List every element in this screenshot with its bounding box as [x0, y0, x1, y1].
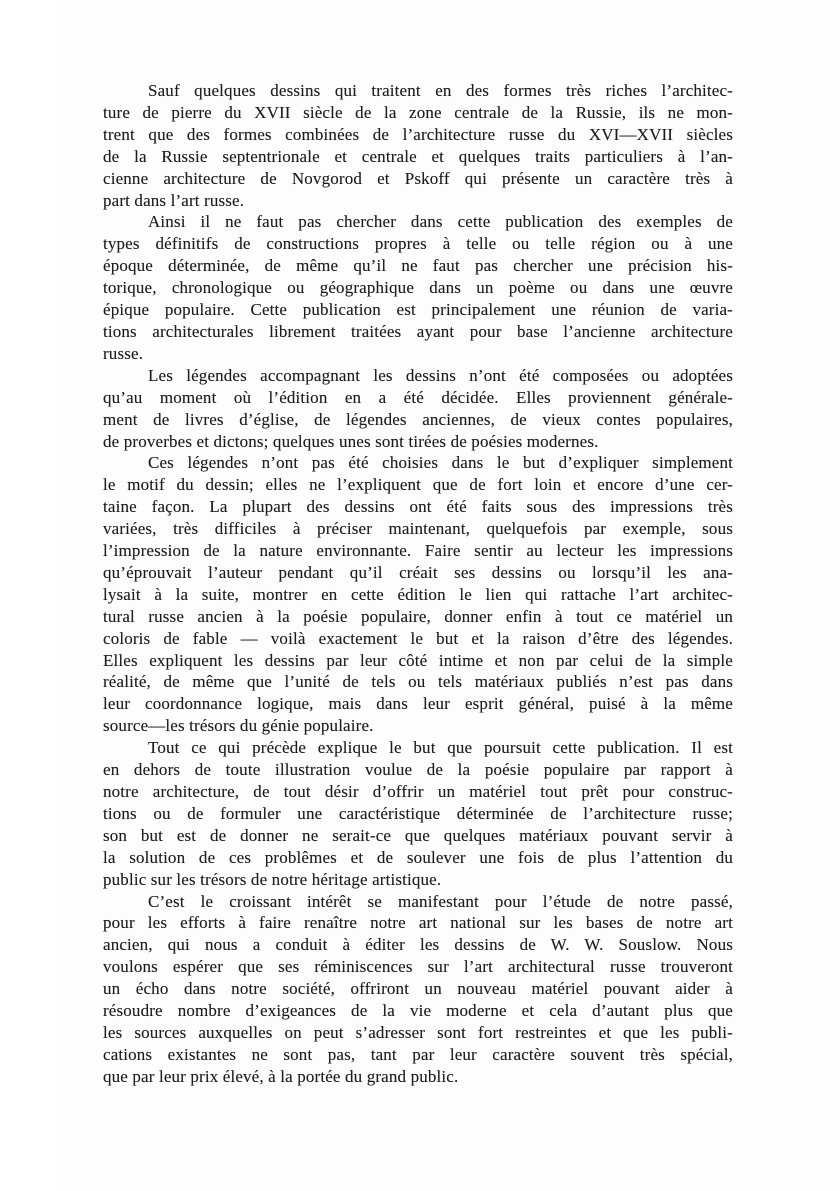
text-line: Ainsi il ne faut pas chercher dans cette… [103, 211, 733, 233]
text-line: Les légendes accompagnant les dessins n’… [103, 365, 733, 387]
paragraph: Ainsi il ne faut pas chercher dans cette… [103, 211, 733, 364]
text-line: le motif du dessin; elles ne l’expliquen… [103, 474, 733, 496]
text-line: lysait à la suite, montrer en cette édit… [103, 584, 733, 606]
text-line: voulons espérer que ses réminiscences su… [103, 956, 733, 978]
text-line: Tout ce qui précède explique le but que … [103, 737, 733, 759]
text-line: tural russe ancien à la poésie populaire… [103, 606, 733, 628]
text-line: qu’au moment où l’édition en a été décid… [103, 387, 733, 409]
text-line: Ces légendes n’ont pas été choisies dans… [103, 452, 733, 474]
paragraph: C’est le croissant intérêt se manifestan… [103, 891, 733, 1088]
text-line: en dehors de toute illustration voulue d… [103, 759, 733, 781]
paragraph: Tout ce qui précède explique le but que … [103, 737, 733, 890]
text-line: pour les efforts à faire renaître notre … [103, 912, 733, 934]
text-line: tions ou de formuler une caractéristique… [103, 803, 733, 825]
text-line: que par leur prix élevé, à la portée du … [103, 1066, 733, 1088]
paragraph: Sauf quelques dessins qui traitent en de… [103, 80, 733, 211]
text-line: public sur les trésors de notre héritage… [103, 869, 733, 891]
text-line: russe. [103, 343, 733, 365]
text-line: torique, chronologique ou géographique d… [103, 277, 733, 299]
text-line: son but est de donner ne serait-ce que q… [103, 825, 733, 847]
text-line: un écho dans notre société, offriront un… [103, 978, 733, 1000]
text-line: époque déterminée, de même qu’il ne faut… [103, 255, 733, 277]
text-line: Sauf quelques dessins qui traitent en de… [103, 80, 733, 102]
text-line: types définitifs de constructions propre… [103, 233, 733, 255]
text-line: la solution de ces problêmes et de soule… [103, 847, 733, 869]
text-line: de proverbes et dictons; quelques unes s… [103, 431, 733, 453]
text-line: résoudre nombre d’exigeances de la vie m… [103, 1000, 733, 1022]
text-line: coloris de fable — voilà exactement le b… [103, 628, 733, 650]
text-line: C’est le croissant intérêt se manifestan… [103, 891, 733, 913]
text-line: de la Russie septentrionale et centrale … [103, 146, 733, 168]
text-column: Sauf quelques dessins qui traitent en de… [103, 80, 733, 1088]
text-line: notre architecture, de tout désir d’offr… [103, 781, 733, 803]
text-line: ment de livres d’église, de légendes anc… [103, 409, 733, 431]
text-line: ancien, qui nous a conduit à éditer les … [103, 934, 733, 956]
text-line: source—les trésors du génie populaire. [103, 715, 733, 737]
text-line: réalité, de même que l’unité de tels ou … [103, 671, 733, 693]
text-line: cienne architecture de Novgorod et Pskof… [103, 168, 733, 190]
text-line: leur coordonnance logique, mais dans leu… [103, 693, 733, 715]
text-line: qu’éprouvait l’auteur pendant qu’il créa… [103, 562, 733, 584]
text-line: épique populaire. Cette publication est … [103, 299, 733, 321]
text-line: taine façon. La plupart des dessins ont … [103, 496, 733, 518]
text-line: ture de pierre du XVII siècle de la zone… [103, 102, 733, 124]
paragraph: Les légendes accompagnant les dessins n’… [103, 365, 733, 453]
text-line: les sources auxquelles on peut s’adresse… [103, 1022, 733, 1044]
text-line: l’impression de la nature environnante. … [103, 540, 733, 562]
text-line: trent que des formes combinées de l’arch… [103, 124, 733, 146]
text-line: tions architecturales librement traitées… [103, 321, 733, 343]
text-line: variées, très difficiles à préciser main… [103, 518, 733, 540]
text-line: Elles expliquent les dessins par leur cô… [103, 650, 733, 672]
text-line: cations existantes ne sont pas, tant par… [103, 1044, 733, 1066]
text-line: part dans l’art russe. [103, 190, 733, 212]
paragraph: Ces légendes n’ont pas été choisies dans… [103, 452, 733, 737]
